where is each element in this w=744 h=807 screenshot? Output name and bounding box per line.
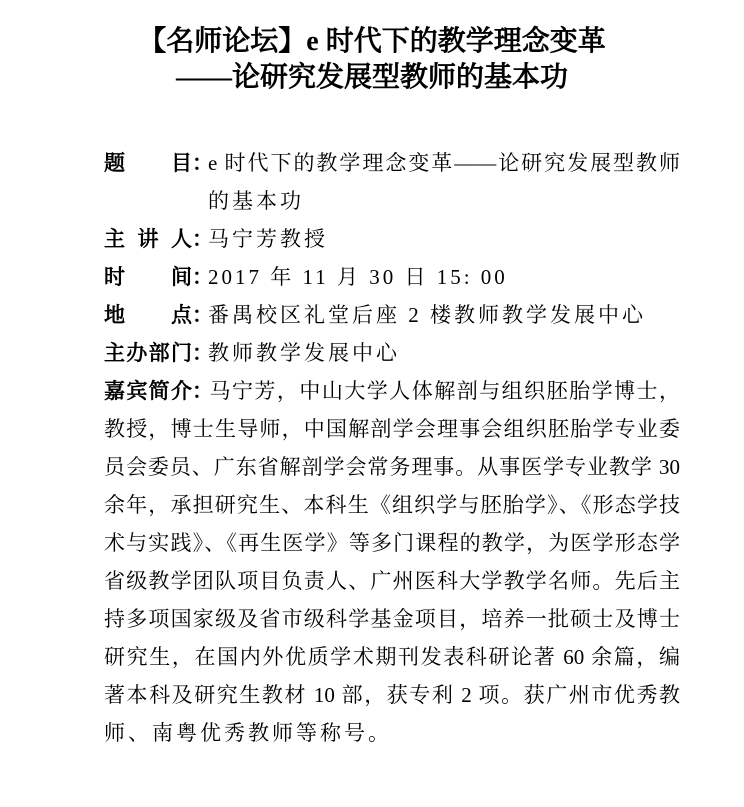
- title-line-1: 【名师论坛】e 时代下的教学理念变革: [0, 24, 744, 60]
- bio-line: 员会委员、广东省解剖学会常务理事。从事医学专业教学 30: [104, 448, 680, 486]
- bio-line: 师、南粤优秀教师等称号。: [104, 721, 392, 745]
- field-colon-time: ：: [192, 259, 208, 297]
- field-value-time: 2017 年 11 月 30 日 15: 00: [208, 265, 508, 289]
- bio-line: 著本科及研究生教材 10 部，获专利 2 项。获广州市优秀教: [104, 676, 680, 714]
- field-label-speaker: 主讲人: [104, 221, 192, 259]
- bio-line: 术与实践》、《再生医学》等多门课程的教学，为医学形态学: [104, 524, 680, 562]
- bio-line: 教授，博士生导师，中国解剖学会理事会组织胚胎学专业委: [104, 410, 680, 448]
- bio-line: 马宁芳，中山大学人体解剖与组织胚胎学博士，: [208, 379, 680, 403]
- field-speaker-row: 主讲人：马宁芳教授: [104, 220, 680, 258]
- field-value-organizer: 教师教学发展中心: [208, 341, 400, 365]
- field-colon-organizer: ：: [192, 335, 208, 373]
- bio-line: 余年，承担研究生、本科生《组织学与胚胎学》、《形态学技: [104, 486, 680, 524]
- field-label-location: 地点: [104, 297, 192, 335]
- field-colon-bio: ：: [192, 373, 208, 411]
- bio-line-last: 师、南粤优秀教师等称号。: [104, 714, 680, 752]
- field-colon-speaker: ：: [192, 221, 208, 259]
- field-value-topic-line1: e 时代下的教学理念变革——论研究发展型教师: [208, 151, 680, 175]
- field-value-topic-line2: 的基本功: [208, 189, 304, 213]
- bio-row-first: 嘉宾简介：马宁芳，中山大学人体解剖与组织胚胎学博士，: [104, 372, 680, 410]
- bio-line: 省级教学团队项目负责人、广州医科大学教学名师。先后主: [104, 562, 680, 600]
- field-colon-topic: ：: [192, 145, 208, 183]
- field-label-time: 时间: [104, 259, 192, 297]
- bio-line: 持多项国家级及省市级科学基金项目，培养一批硕士及博士: [104, 600, 680, 638]
- field-colon-location: ：: [192, 297, 208, 335]
- field-label-organizer: 主办部门: [104, 335, 192, 373]
- document-body: 题目：e 时代下的教学理念变革——论研究发展型教师 的基本功 主讲人：马宁芳教授…: [104, 144, 680, 752]
- field-location-row: 地点：番禺校区礼堂后座 2 楼教师教学发展中心: [104, 296, 680, 334]
- field-value-location: 番禺校区礼堂后座 2 楼教师教学发展中心: [208, 303, 646, 327]
- document-page: 【名师论坛】e 时代下的教学理念变革 ——论研究发展型教师的基本功 题目：e 时…: [0, 0, 744, 807]
- bio-line: 研究生，在国内外优质学术期刊发表科研论著 60 余篇，编: [104, 638, 680, 676]
- field-label-topic: 题目: [104, 145, 192, 183]
- field-topic-row: 题目：e 时代下的教学理念变革——论研究发展型教师: [104, 144, 680, 182]
- field-value-speaker: 马宁芳教授: [208, 227, 328, 251]
- field-time-row: 时间：2017 年 11 月 30 日 15: 00: [104, 258, 680, 296]
- field-label-bio: 嘉宾简介: [104, 373, 192, 411]
- document-title: 【名师论坛】e 时代下的教学理念变革 ——论研究发展型教师的基本功: [0, 24, 744, 96]
- title-line-2: ——论研究发展型教师的基本功: [0, 60, 744, 96]
- field-topic-row-wrap: 的基本功: [104, 182, 680, 220]
- field-organizer-row: 主办部门：教师教学发展中心: [104, 334, 680, 372]
